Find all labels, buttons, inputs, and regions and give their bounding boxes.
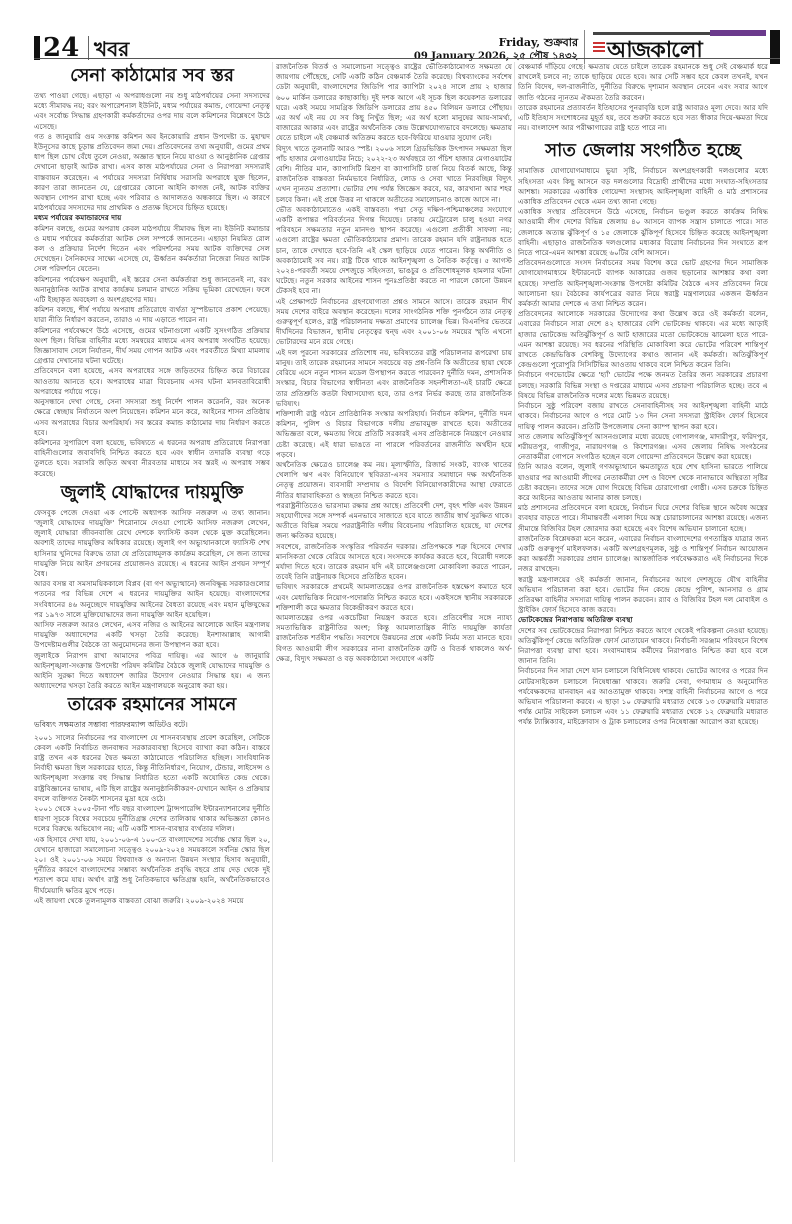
article-paragraph: ভৌত অবকাঠামোতেও একই বাস্তবতা। পদ্মা সেতু…	[276, 205, 512, 297]
header-divider	[88, 36, 89, 60]
article-paragraph: এই জায়গা থেকে তুলনামূলক বাস্তবতা বোঝা জ…	[34, 896, 270, 906]
date-day: Friday, শুক্রবার	[414, 36, 578, 50]
article-paragraph: সবশেষে, রাজনৈতিক সংস্কৃতির পরিবর্তন দরকা…	[276, 542, 512, 583]
article-paragraph: কমিশনের পর্যবেক্ষণ অনুযায়ী, এই স্তরের স…	[34, 275, 270, 306]
article-paragraph: অনুসন্ধানে দেখা গেছে, সেনা সদস্যরা শুধু …	[34, 397, 270, 438]
article-paragraph: এক হিসাবে দেখা যায়, ২০০১-০৬-এ ১০০-তে বা…	[34, 835, 270, 896]
article-paragraph: নির্বাচনের দিন সারা দেশে যান চলাচলে বিধি…	[518, 666, 768, 727]
article-paragraph: বেঞ্চমার্ক দাঁড়িয়ে গেছে। ক্ষমতায় যেতে…	[518, 62, 768, 103]
article-paragraph: রাজনৈতিক বিশ্লেষকরা মনে করেন, এবারের নির…	[518, 534, 768, 575]
article-paragraph: শক্তিশালী রাষ্ট্র গঠনে প্রাতিষ্ঠানিক সংস…	[276, 409, 512, 460]
article-paragraph: তারেক রহমানের প্রত্যাবর্তন ইতিহাসের পুনর…	[518, 103, 768, 134]
article-paragraph: বিদ্যুৎ খাতে তুলনাটি আরও স্পষ্ট। ২০০৬ সা…	[276, 144, 512, 205]
article-paragraph: আসিফ নজরুল আরও লেখেন, এসব নজির ও আইনের আ…	[34, 620, 270, 651]
headline-army-structure: সেনা কাঠামোর সব স্তর	[34, 64, 270, 88]
article-paragraph: মাঠ প্রশাসনের প্রতিবেদনে বলা হয়েছে, নির…	[518, 503, 768, 534]
article-paragraph: কমিশন বলছে, শীর্ষ পর্যায়ে অপরাধ প্রতিরো…	[34, 305, 270, 325]
column-2: রাজনৈতিক বিতর্ক ও সমালোচনা সত্ত্বেও রাষ্…	[276, 62, 512, 1212]
column-1: সেনা কাঠামোর সব স্তর তথ্য পাওয়া গেছে। এ…	[34, 62, 270, 1212]
column-divider	[514, 62, 515, 1162]
header-rule	[34, 58, 780, 59]
article-paragraph: তিনি আরও বলেন, জুলাই গণঅভ্যুত্থানে ক্ষমত…	[518, 462, 768, 503]
article-paragraph: কমিশন বলছে, গুমের অপরাধ কেবল মাঠপর্যায়ে…	[34, 224, 270, 275]
article-paragraph: একাধিক সংস্থার প্রতিবেদনে উঠে এসেছে, নির…	[518, 207, 768, 258]
article-paragraph: সামাজিক যোগাযোগমাধ্যমে ভুয়া সৃষ্টি, নির…	[518, 166, 768, 207]
headline-seven-districts: সাত জেলায় সংগঠিত হচ্ছে	[518, 139, 768, 163]
article-paragraph: গত ৪ জানুয়ারি গুম সংক্রান্ত কমিশন অব ইন…	[34, 132, 270, 214]
article-paragraph: নির্বাচনে সুষ্ঠু পরিবেশ বজায় রাখতে সেনা…	[518, 401, 768, 432]
article-paragraph: এই দল পুরনো সরকারের প্রতিশোধ নয়, ভবিষ্য…	[276, 348, 512, 409]
article-paragraph: রাজনৈতিক বিতর্ক ও সমালোচনা সত্ত্বেও রাষ্…	[276, 62, 512, 144]
article-paragraph: কমিশনের পর্যবেক্ষণে উঠে এসেছে, গুমের ঘটন…	[34, 326, 270, 367]
article-paragraph: সাত জেলায় অতিঝুঁকিপূর্ণ আসনগুলোর মধ্যে …	[518, 432, 768, 463]
headline-tarique-rahman: তারেক রহমানের সামনে	[34, 693, 270, 717]
article-paragraph: কমিশনের সুপারিশে বলা হয়েছে, ভবিষ্যতে এ …	[34, 438, 270, 479]
article-subheading: মধ্যম পর্যায়ের কমান্ডারদের দায়	[34, 213, 270, 223]
article-paragraph: আমলাতন্ত্রের ওপর একচেটিয়া নিয়ন্ত্রণ কর…	[276, 613, 512, 664]
article-paragraph: অর্থনৈতিক ক্ষেত্রেও চ্যালেঞ্জ কম নয়। মূ…	[276, 460, 512, 501]
article-paragraph: নির্বাচনে গণভোটের ক্ষেত্রে 'হ্যাঁ' ভোটের…	[518, 370, 768, 401]
article-paragraph: ২০০১ সালের নির্বাচনের পর বাংলাদেশ যে শাস…	[34, 733, 270, 804]
article-paragraph: দেশের সব ভোটকেন্দ্রের নিরাপত্তা নিশ্চিত …	[518, 626, 768, 667]
article-paragraph: প্রতিবেদনে বলা হয়েছে, এসব অপরাধের সঙ্গে…	[34, 366, 270, 397]
article-paragraph: এই প্রেক্ষাপটে নির্বাচনের গ্রহণযোগ্যতা প…	[276, 297, 512, 348]
article-paragraph: জুলাইকে নিরাপদ রাখা আমাদের পবিত্র দায়িত…	[34, 651, 270, 692]
article-paragraph: ২০০১ থেকে ২০০৫-টানা পাঁচ বছর বাংলাদেশ ট্…	[34, 804, 270, 835]
article-paragraph: আরব বসন্ত বা সমসাময়িককালে বিপ্লব (বা গণ…	[34, 579, 270, 620]
article-paragraph: স্বরাষ্ট্র মন্ত্রণালয়ের ওই কর্মকর্তা জা…	[518, 575, 768, 616]
page-header: 24 খবর Friday, শুক্রবার 09 January 2026,…	[34, 36, 780, 58]
article-subhead: ভবিষ্যৎ সক্ষমতার সম্ভাব্য পারফরম্যান্স অ…	[34, 720, 270, 730]
article-subheading: ভোটকেন্দ্রের নিরাপত্তায় অতিরিক্ত ব্যবস্…	[518, 615, 768, 625]
headline-july-fighters: জুলাই যোদ্ধাদের দায়মুক্তি	[34, 481, 270, 505]
article-paragraph: ফেসবুক পেজে দেওয়া এক পোস্টে অধ্যাপক আসি…	[34, 508, 270, 579]
article-paragraph: পররাষ্ট্রনীতিতেও ভারসাম্য রক্ষার প্রশ্ন …	[276, 501, 512, 542]
column-3: বেঞ্চমার্ক দাঁড়িয়ে গেছে। ক্ষমতায় যেতে…	[518, 62, 768, 1212]
page-number: 24	[34, 36, 79, 60]
article-paragraph: প্রতিবেদনের আলোকে সরকারের উদ্যোগের কথা উ…	[518, 309, 768, 370]
column-divider	[272, 62, 273, 1162]
masthead-logo: আজকালো	[593, 38, 702, 64]
masthead-tag	[710, 30, 766, 36]
article-paragraph: ভবিষ্যৎ সরকারকে প্রথমেই আমলাতন্ত্রের ওপর…	[276, 582, 512, 613]
section-title: খবর	[94, 38, 129, 60]
article-paragraph: প্রতিবেদনগুলোতে সংসদ নির্বাচনের সময় বিশ…	[518, 258, 768, 309]
article-paragraph: তথ্য পাওয়া গেছে। এছাড়া এ অপরাধগুলো নয়…	[34, 91, 270, 132]
